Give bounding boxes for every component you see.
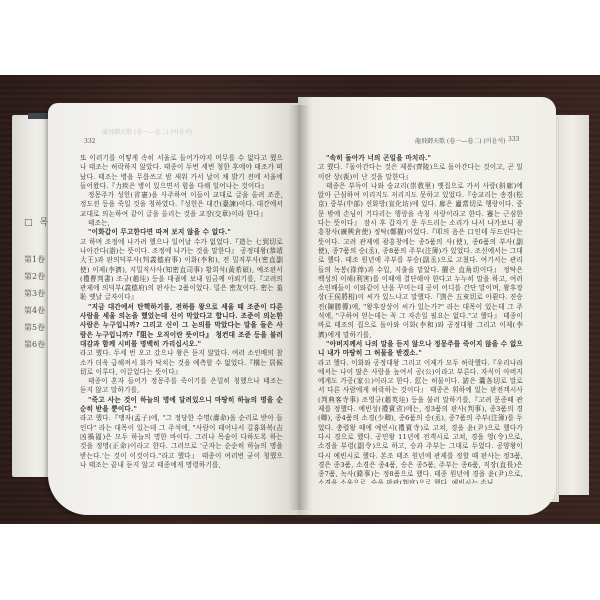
quoted-speech: "아버지께서 나의 말을 듣지 않으나 정몽주를 죽이지 않을 수 없으니 내가… (318, 340, 523, 359)
right-page-text: "속히 돌아가 너의 곤일을 마치라."고 했다.『돌아간다는 것은 제릉(齊陵… (318, 154, 523, 484)
paragraph: 라고 했다. 두세 번 오고 갔으나 왕은 듣지 않았다. 여러 소인배의 참소… (80, 349, 283, 377)
right-cover (555, 115, 589, 495)
left-page-number: 332 (84, 138, 95, 145)
quoted-speech: "이화갑이 무고한다면 따져 보지 않을 수 없다." (80, 228, 283, 237)
left-page-text: 또 이러기를 어떻게 속히 서울로 들어가야지 머무를 수 없다고 했으나 태조… (80, 154, 283, 470)
paragraph: 라고 했다. 이화와 공정대왕 그리고 이제가 모두 허락했다.『우리나라에서는… (318, 359, 523, 484)
paragraph: 고 하며 조정에 나가려 했으나 일어날 수가 없었다.『造는 七到切로 나아간… (80, 238, 283, 303)
quoted-speech: "지금 대간에서 탄핵하기를, 전하를 왕으로 세울 때 조준이 다른 사람을 … (80, 303, 283, 349)
paragraph: 라고 했다.『맹자(孟子)에, "그 정당한 수명(壽命)을 순리로 받아 들인… (80, 414, 283, 470)
quoted-speech: "속히 돌아가 너의 곤일을 마치라." (318, 154, 523, 163)
paragraph: 태조는, (80, 219, 283, 228)
show-through-heading: 龍飛御天歌 (卷一―卷二) (이윤석) (102, 127, 193, 136)
paragraph: 정몽주가 성헌(省憲)을 사주하여 이들이 교대로 글을 올려 조준, 정도전 … (80, 191, 283, 219)
paragraph: 또 이러기를 어떻게 속히 서울로 들어가야지 머무를 수 없다고 했으나 태조… (80, 154, 283, 191)
right-page-number: 333 (508, 136, 519, 143)
paragraph: 고 했다.『돌아간다는 것은 제릉(齊陵)으로 돌아간다는 것이고, 곤 일이란… (318, 163, 523, 182)
book-gutter (288, 105, 310, 510)
paragraph: 태종이 혼자 들어가 정몽주를 죽이기를 은밀히 청했으나 태조는 듣지 않고 … (80, 377, 283, 396)
quoted-speech: "죽고 사는 것이 하늘의 명에 달려있으니 마땅히 하늘의 명을 순순히 받을… (80, 396, 283, 415)
paragraph: 태종은 부득이 나와 숭교리(崇敎里) 옛집으로 가서 사랑(斜廊)에 앉아 근… (318, 182, 523, 340)
running-head: 龍飛御天歌 (卷一―卷二) (이윤석) (415, 136, 506, 145)
